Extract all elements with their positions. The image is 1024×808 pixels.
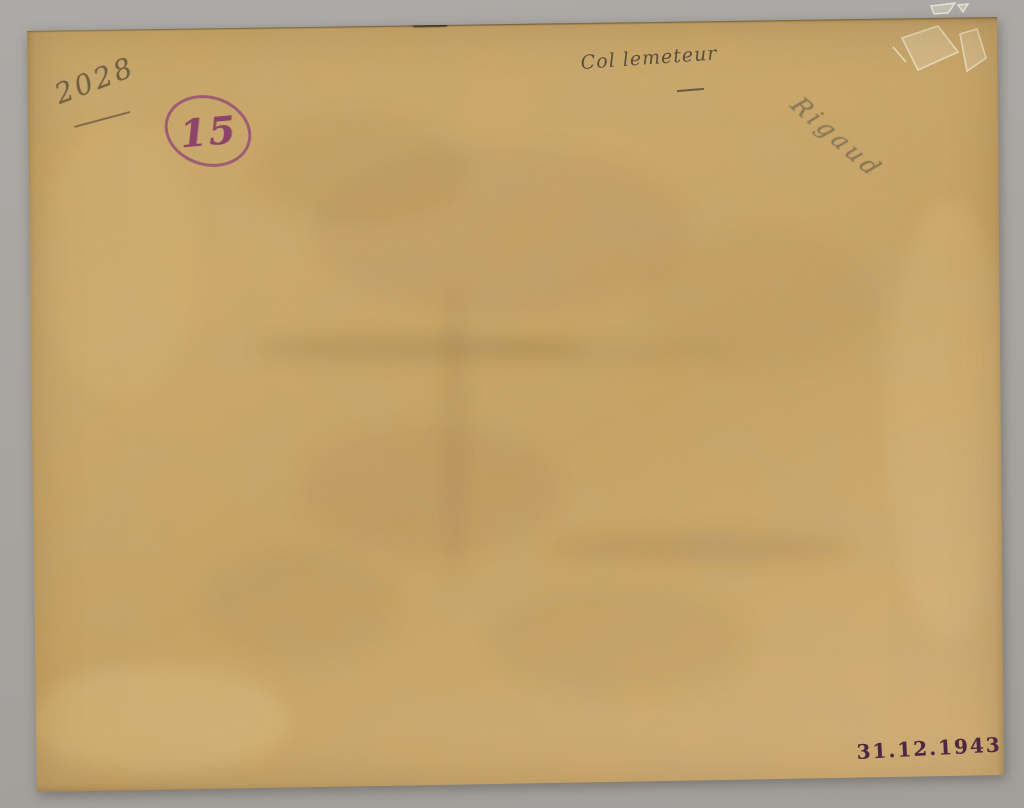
scan-background-mat: 2028 15 Col lemeteur Rigaud 31.12.1943 xyxy=(0,0,1024,808)
mat-scuff-marks xyxy=(0,0,1024,808)
